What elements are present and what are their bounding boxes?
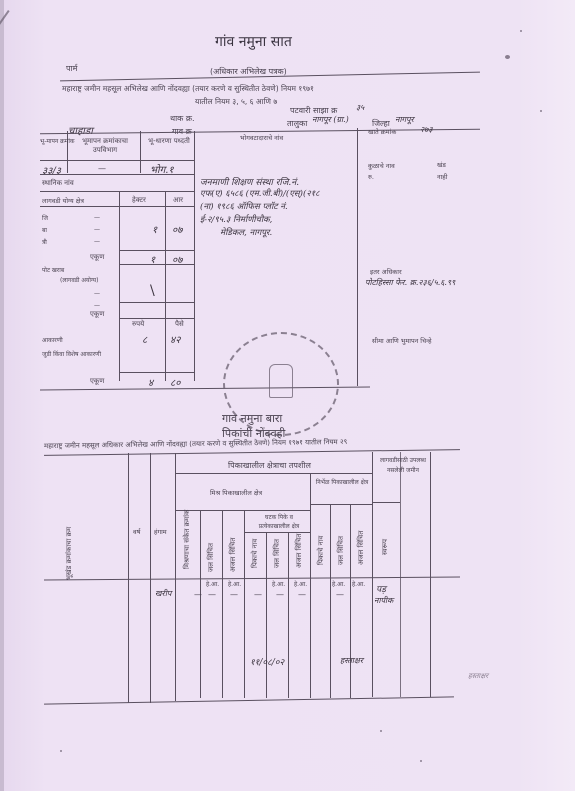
area-hectare-value: १ xyxy=(152,222,157,236)
area-are-value: ०७ xyxy=(172,222,182,236)
col-header: अजल सिंचित xyxy=(356,515,365,565)
non-cult-value: पड़ xyxy=(376,582,386,595)
are-label: आर xyxy=(173,196,183,205)
col-seq-label: भूखंड क्रमांकाचा क्रम xyxy=(64,500,73,580)
hectare-label: हेक्टर xyxy=(132,196,146,205)
area-row-value: — xyxy=(94,214,100,221)
local-name-label: स्थानिक नांव xyxy=(42,179,74,188)
occupant-line: ई-२/९५.३ निर्माणीचौक, xyxy=(200,214,272,225)
unfit-label: (लागवडी अयोग्य) xyxy=(60,276,98,284)
occupant-line: एफ(ए) ६५८६ (एम.जी.बी)/(एस्)(२१८ xyxy=(200,188,320,199)
col-header: पिकाचे नाव xyxy=(250,538,259,568)
total-assessment-paise: ८० xyxy=(170,375,180,389)
unit-label: हे.आ. xyxy=(228,580,241,588)
unit-label: हे.आ. xyxy=(272,580,285,588)
village-name: चाहाडा xyxy=(68,123,93,137)
col-header: जल सिंचित xyxy=(272,538,281,568)
components-header: घटक पिके व प्रत्येकाखालील क्षेत्र xyxy=(250,513,308,531)
district-value: नागपूर xyxy=(395,114,414,125)
kulache-label: कुळाचे नाव xyxy=(368,161,395,170)
col-year-label: वर्ष xyxy=(133,527,140,536)
area-label: लागवडी योग्य क्षेत्र xyxy=(42,196,84,205)
col-header: अजल सिंचित xyxy=(228,522,237,572)
thak-label: थाक क्र. xyxy=(170,113,195,124)
rupees-label: रुपये xyxy=(132,320,144,329)
survey-no-label: भू-मापन क्रमांक xyxy=(40,137,75,145)
non-cult-value2: नापीक xyxy=(374,595,393,606)
assessment-paise: ४२ xyxy=(170,332,180,346)
assessment-label: आकारणी xyxy=(42,336,63,344)
col-season-label: हंगाम xyxy=(154,527,167,536)
single-crop-header: निर्भेळ पिकाखालील क्षेत्र xyxy=(314,478,370,488)
potkharab-row-value: — xyxy=(94,290,100,297)
form7-rule-line: महाराष्ट्र जमीन महसूल अभिलेख आणि नोंदवह्… xyxy=(62,84,314,94)
area-row-value: — xyxy=(94,238,100,245)
total-area-label: एकूण xyxy=(90,253,104,262)
occupant-line: जनमाणी शिक्षण संस्था रजि.नं. xyxy=(200,175,299,188)
kulache-sub-value: नाही xyxy=(437,172,447,181)
taluka-value: नागपूर (ग्रा.) xyxy=(312,114,349,125)
scan-edge xyxy=(0,0,4,791)
emblem-icon xyxy=(269,364,293,398)
corner-label: पार्म xyxy=(66,63,77,74)
occupant-line: (ना) १९८६ ऑफिस प्लॉट नं. xyxy=(200,201,288,212)
col-header: स्वरूप xyxy=(380,525,389,555)
row-season: खरीप xyxy=(155,588,171,599)
date-entry: ११/०८/०२ xyxy=(250,655,284,668)
occupant-header: भोगवटादाराचे नांव xyxy=(240,133,283,142)
subdivision-value: — xyxy=(98,164,106,173)
area-row-label: बा xyxy=(42,226,47,234)
seema-label: सीमा आणि भुमापन चिन्हे xyxy=(372,336,432,345)
form7-rule-line2: यातील नियम ३, ५, ६ आणि ७ xyxy=(195,97,277,107)
area-row-label: त्री xyxy=(42,238,47,246)
total2-label: एकूण xyxy=(90,310,104,319)
patwari-saja-value: ३५ xyxy=(356,102,364,113)
area-row-label: जि xyxy=(42,214,48,222)
assessment-rupees: ८ xyxy=(142,332,147,346)
col-header: जल सिंचित xyxy=(336,515,345,565)
dash: — xyxy=(336,590,344,599)
paise-label: पैसे xyxy=(175,320,184,329)
tenure-label: भू-धारणा पध्दती xyxy=(146,137,192,146)
potkharab-label: पोट खराब xyxy=(42,266,64,274)
col-header: पिकाचे नाव xyxy=(316,515,325,565)
area-row-value: — xyxy=(94,226,100,233)
khate-label: खाते क्रमांक xyxy=(368,127,396,136)
form7-title: गांव नमुना सात xyxy=(215,32,292,51)
scanned-document-page: गांव नमुना सात पार्म (अधिकार अभिलेख पत्र… xyxy=(0,0,575,791)
occupant-line: मेडिकल, नागपूर. xyxy=(220,227,272,238)
khate-value: २७३ xyxy=(420,124,432,135)
kulache-value: खंड xyxy=(437,160,446,169)
dash: — xyxy=(230,590,238,599)
col-header: जल सिंचित xyxy=(206,522,215,572)
col-header: अजल सिंचित xyxy=(294,538,303,568)
potkharab-mark: \ xyxy=(150,283,155,299)
col-header: मिश्रणाचा संकेत क्रमांक xyxy=(182,514,191,569)
itar-entry: पोटहिस्सा फेर. क्र.२३६/५.६.९९ xyxy=(365,277,455,288)
form12-title: गाव नमुना बारा xyxy=(222,411,282,426)
dash: — xyxy=(298,590,306,599)
taluka-label: तालुका xyxy=(287,118,307,129)
form12-rule-line: महाराष्ट्र जमीन महसूल अधिकार अभिलेख आणि … xyxy=(44,438,347,451)
dash: — xyxy=(194,590,202,599)
unit-label: हे.आ. xyxy=(206,580,219,588)
dash: — xyxy=(254,590,262,599)
signature-faint: हस्ताक्षर xyxy=(468,672,488,681)
unit-label: हे.आ. xyxy=(332,580,345,588)
kulache-sub-label: रु. xyxy=(368,172,374,181)
total-assessment-rupees: ४ xyxy=(148,375,153,389)
signature: हस्ताक्षर xyxy=(340,655,363,666)
itar-label: इतर अधिकार xyxy=(370,267,402,276)
unit-label: हे.आ. xyxy=(294,580,307,588)
dash: — xyxy=(276,590,284,599)
judi-label: जुडी किंवा विशेष आकारणी xyxy=(42,350,101,358)
subdivision-label: भूमापन क्रमांकाचा उपविभाग xyxy=(72,137,138,155)
crop-area-header: पिकाखालील क्षेत्राचा तपशील xyxy=(228,460,311,471)
mixed-header: मिश्र पिकाखालील क्षेत्र xyxy=(210,488,262,497)
non-cult-header: लागवडीसाठी उपलब्ध नसलेली जमीन xyxy=(377,456,429,476)
total3-label: एकूण xyxy=(90,377,104,386)
potkharab-row-value: — xyxy=(94,302,100,309)
dash: — xyxy=(208,590,216,599)
unit-label: हे.आ. xyxy=(352,580,365,588)
